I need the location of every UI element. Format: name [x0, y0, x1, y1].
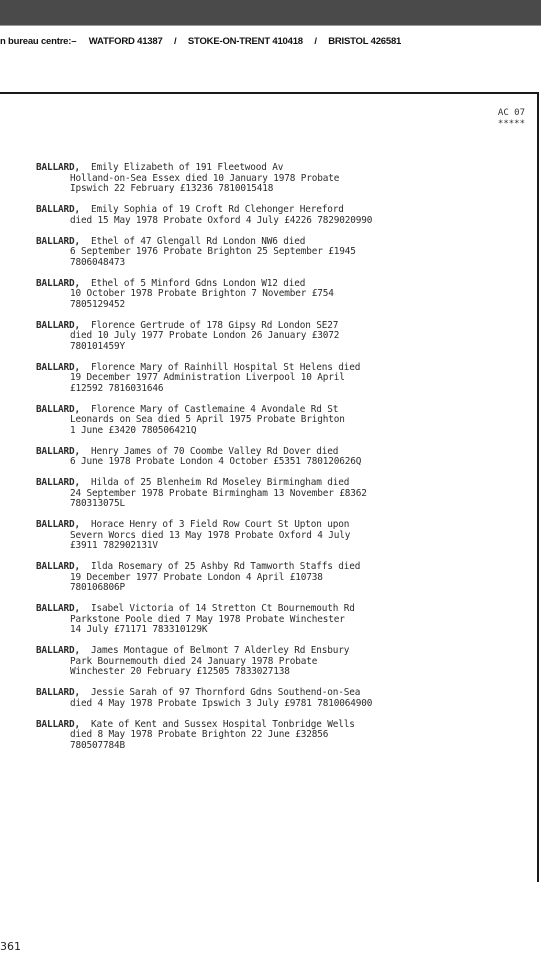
entry-line: 780106806P [36, 583, 531, 594]
probate-entry: BALLARD, Emily Sophia of 19 Croft Rd Cle… [36, 205, 531, 226]
entry-text: Jessie Sarah of 97 Thornford Gdns Southe… [91, 687, 360, 698]
entry-line: 19 December 1977 Administration Liverpoo… [36, 373, 531, 384]
bureau-header: n bureau centre:– WATFORD 41387 / STOKE-… [0, 36, 541, 47]
entry-line: died 4 May 1978 Probate Ipswich 3 July £… [36, 699, 531, 710]
entry-line: BALLARD, Ilda Rosemary of 25 Ashby Rd Ta… [36, 562, 531, 573]
entry-line: BALLARD, Hilda of 25 Blenheim Rd Moseley… [36, 478, 531, 489]
entry-text: Florence Mary of Rainhill Hospital St He… [91, 362, 360, 373]
entry-text: Ethel of 47 Glengall Rd London NW6 died [91, 236, 305, 247]
entry-text: Ethel of 5 Minford Gdns London W12 died [91, 278, 305, 289]
probate-entry: BALLARD, Henry James of 70 Coombe Valley… [36, 447, 531, 468]
entry-surname: BALLARD, [36, 519, 80, 530]
entry-line: 14 July £71171 783310129K [36, 625, 531, 636]
page-number: 361 [0, 940, 21, 953]
probate-entry: BALLARD, Jessie Sarah of 97 Thornford Gd… [36, 688, 531, 709]
entry-text: Horace Henry of 3 Field Row Court St Upt… [91, 519, 349, 530]
entry-surname: BALLARD, [36, 477, 80, 488]
entry-line: BALLARD, Isabel Victoria of 14 Stretton … [36, 604, 531, 615]
entry-text: Emily Elizabeth of 191 Fleetwood Av [91, 162, 283, 173]
separator: / [314, 36, 316, 47]
entry-line: died 10 July 1977 Probate London 26 Janu… [36, 331, 531, 342]
entry-line: 6 September 1976 Probate Brighton 25 Sep… [36, 247, 531, 258]
entry-text: James Montague of Belmont 7 Alderley Rd … [91, 645, 349, 656]
probate-entry: BALLARD, Florence Mary of Rainhill Hospi… [36, 363, 531, 395]
entry-line: Leonards on Sea died 5 April 1975 Probat… [36, 415, 531, 426]
entry-line: BALLARD, Emily Sophia of 19 Croft Rd Cle… [36, 205, 531, 216]
entry-line: 780313075L [36, 499, 531, 510]
probate-entry: BALLARD, Ilda Rosemary of 25 Ashby Rd Ta… [36, 562, 531, 594]
entry-line: died 8 May 1978 Probate Brighton 22 June… [36, 730, 531, 741]
probate-entry: BALLARD, Horace Henry of 3 Field Row Cou… [36, 520, 531, 552]
probate-entry: BALLARD, Ethel of 5 Minford Gdns London … [36, 279, 531, 311]
entry-surname: BALLARD, [36, 278, 80, 289]
entry-surname: BALLARD, [36, 645, 80, 656]
entry-line: 6 June 1978 Probate London 4 October £53… [36, 457, 531, 468]
entry-surname: BALLARD, [36, 204, 80, 215]
entry-surname: BALLARD, [36, 446, 80, 457]
corner-code-line2: ***** [498, 119, 525, 130]
entry-surname: BALLARD, [36, 320, 80, 331]
entry-text: Florence Gertrude of 178 Gipsy Rd London… [91, 320, 338, 331]
separator: / [174, 36, 176, 47]
centre-stoke: STOKE-ON-TRENT 410418 [188, 36, 303, 47]
probate-entry: BALLARD, Emily Elizabeth of 191 Fleetwoo… [36, 163, 531, 195]
entry-line: BALLARD, Jessie Sarah of 97 Thornford Gd… [36, 688, 531, 699]
entry-line: Winchester 20 February £12505 7833027138 [36, 667, 531, 678]
probate-entry: BALLARD, Isabel Victoria of 14 Stretton … [36, 604, 531, 636]
entry-text: Emily Sophia of 19 Croft Rd Clehonger He… [91, 204, 344, 215]
entry-surname: BALLARD, [36, 603, 80, 614]
centre-watford: WATFORD 41387 [89, 36, 163, 47]
entry-line: Ipswich 22 February £13236 7810015418 [36, 184, 531, 195]
top-bar-edge [0, 25, 541, 26]
top-dark-bar [0, 0, 541, 25]
probate-entries-list: BALLARD, Emily Elizabeth of 191 Fleetwoo… [36, 163, 531, 762]
probate-entry: BALLARD, Florence Mary of Castlemaine 4 … [36, 405, 531, 437]
entry-text: Ilda Rosemary of 25 Ashby Rd Tamworth St… [91, 561, 360, 572]
entry-surname: BALLARD, [36, 719, 80, 730]
entry-line: 780507784B [36, 741, 531, 752]
entry-line: 7805129452 [36, 300, 531, 311]
top-rule [0, 92, 537, 94]
probate-entry: BALLARD, Hilda of 25 Blenheim Rd Moseley… [36, 478, 531, 510]
entry-surname: BALLARD, [36, 687, 80, 698]
probate-entry: BALLARD, James Montague of Belmont 7 Ald… [36, 646, 531, 678]
entry-text: Isabel Victoria of 14 Stretton Ct Bourne… [91, 603, 355, 614]
entry-line: £3911 782902131V [36, 541, 531, 552]
entry-line: died 15 May 1978 Probate Oxford 4 July £… [36, 216, 531, 227]
entry-surname: BALLARD, [36, 236, 80, 247]
entry-line: BALLARD, Emily Elizabeth of 191 Fleetwoo… [36, 163, 531, 174]
entry-line: BALLARD, Horace Henry of 3 Field Row Cou… [36, 520, 531, 531]
corner-code: AC 07 ***** [498, 108, 525, 130]
probate-entry: BALLARD, Kate of Kent and Sussex Hospita… [36, 720, 531, 752]
bureau-lead-text: n bureau centre:– [0, 36, 76, 47]
entry-surname: BALLARD, [36, 162, 80, 173]
corner-code-line1: AC 07 [498, 108, 525, 119]
entry-text: Henry James of 70 Coombe Valley Rd Dover… [91, 446, 338, 457]
entry-surname: BALLARD, [36, 362, 80, 373]
entry-surname: BALLARD, [36, 561, 80, 572]
entry-line: £12592 7816031646 [36, 384, 531, 395]
entry-text: Florence Mary of Castlemaine 4 Avondale … [91, 404, 338, 415]
centre-bristol: BRISTOL 426581 [328, 36, 401, 47]
entry-line: 780101459Y [36, 342, 531, 353]
entry-line: 7806048473 [36, 258, 531, 269]
entry-line: BALLARD, James Montague of Belmont 7 Ald… [36, 646, 531, 657]
entry-text: Kate of Kent and Sussex Hospital Tonbrid… [91, 719, 355, 730]
entry-text: Hilda of 25 Blenheim Rd Moseley Birmingh… [91, 477, 349, 488]
entry-line: 10 October 1978 Probate Brighton 7 Novem… [36, 289, 531, 300]
entry-surname: BALLARD, [36, 404, 80, 415]
probate-entry: BALLARD, Ethel of 47 Glengall Rd London … [36, 237, 531, 269]
right-border [537, 92, 539, 882]
probate-entry: BALLARD, Florence Gertrude of 178 Gipsy … [36, 321, 531, 353]
entry-line: 1 June £3420 780506421Q [36, 426, 531, 437]
